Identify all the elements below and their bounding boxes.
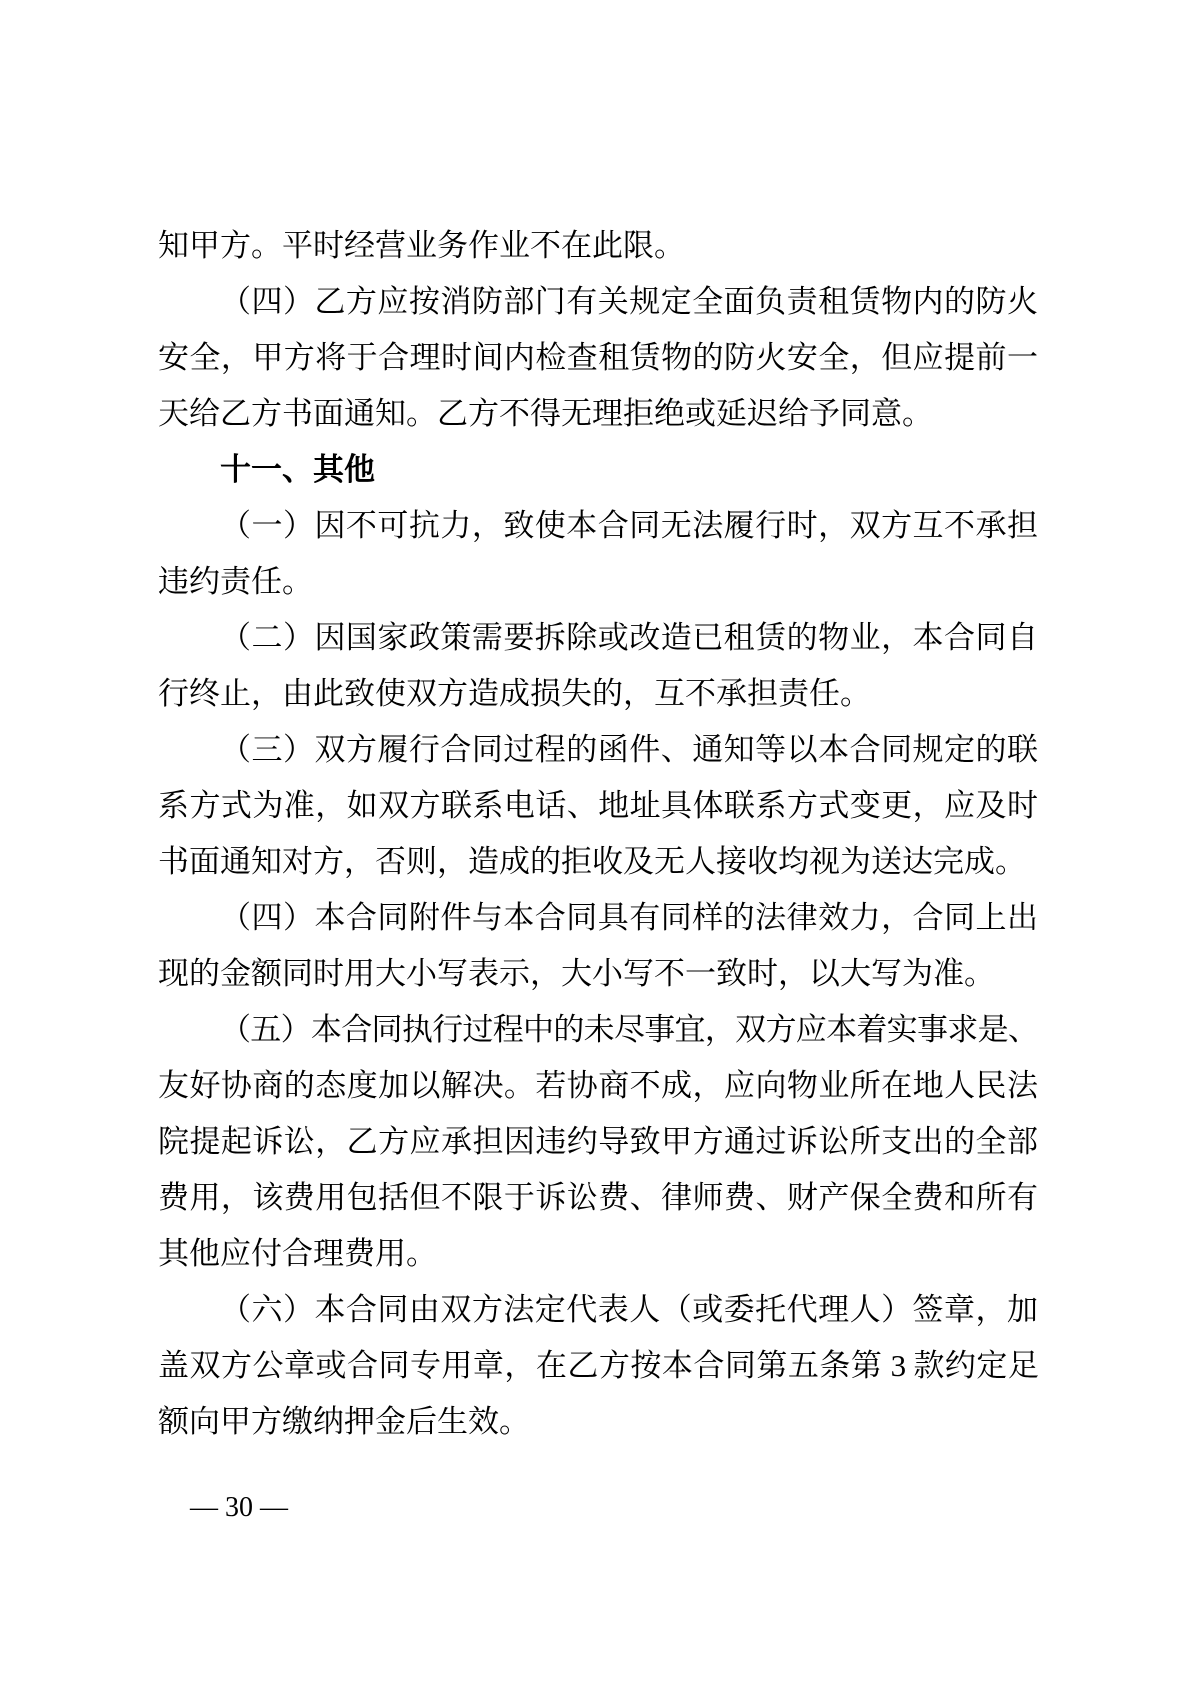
text-line: 违约责任。 — [158, 554, 1038, 610]
text-line: 友好协商的态度加以解决。若协商不成，应向物业所在地人民法 — [158, 1058, 1038, 1114]
text-line: 盖双方公章或合同专用章，在乙方按本合同第五条第 3 款约定足 — [158, 1338, 1038, 1394]
text-line: 安全，甲方将于合理时间内检查租赁物的防火安全，但应提前一 — [158, 330, 1038, 386]
text-line: （二）因国家政策需要拆除或改造已租赁的物业，本合同自 — [158, 610, 1038, 666]
text-line: 其他应付合理费用。 — [158, 1226, 1038, 1282]
text-line: 现的金额同时用大小写表示，大小写不一致时，以大写为准。 — [158, 946, 1038, 1002]
contract-text-block: 知甲方。平时经营业务作业不在此限。 （四）乙方应按消防部门有关规定全面负责租赁物… — [158, 218, 1038, 1450]
text-line: 天给乙方书面通知。乙方不得无理拒绝或延迟给予同意。 — [158, 386, 1038, 442]
text-line: 行终止，由此致使双方造成损失的，互不承担责任。 — [158, 666, 1038, 722]
text-line: 费用，该费用包括但不限于诉讼费、律师费、财产保全费和所有 — [158, 1170, 1038, 1226]
text-line: （一）因不可抗力，致使本合同无法履行时，双方互不承担 — [158, 498, 1038, 554]
page-number: — 30 — — [190, 1492, 288, 1524]
text-line: 系方式为准，如双方联系电话、地址具体联系方式变更，应及时 — [158, 778, 1038, 834]
text-line: （三）双方履行合同过程的函件、通知等以本合同规定的联 — [158, 722, 1038, 778]
text-line: （四）乙方应按消防部门有关规定全面负责租赁物内的防火 — [158, 274, 1038, 330]
text-line: （五）本合同执行过程中的未尽事宜，双方应本着实事求是、 — [158, 1002, 1038, 1058]
document-page: 知甲方。平时经营业务作业不在此限。 （四）乙方应按消防部门有关规定全面负责租赁物… — [0, 0, 1191, 1684]
text-line: （六）本合同由双方法定代表人（或委托代理人）签章，加 — [158, 1282, 1038, 1338]
text-line: 院提起诉讼，乙方应承担因违约导致甲方通过诉讼所支出的全部 — [158, 1114, 1038, 1170]
text-line: 知甲方。平时经营业务作业不在此限。 — [158, 218, 1038, 274]
text-line: 额向甲方缴纳押金后生效。 — [158, 1394, 1038, 1450]
text-line: 书面通知对方，否则，造成的拒收及无人接收均视为送达完成。 — [158, 834, 1038, 890]
section-heading: 十一、其他 — [158, 442, 1038, 498]
text-line: （四）本合同附件与本合同具有同样的法律效力，合同上出 — [158, 890, 1038, 946]
